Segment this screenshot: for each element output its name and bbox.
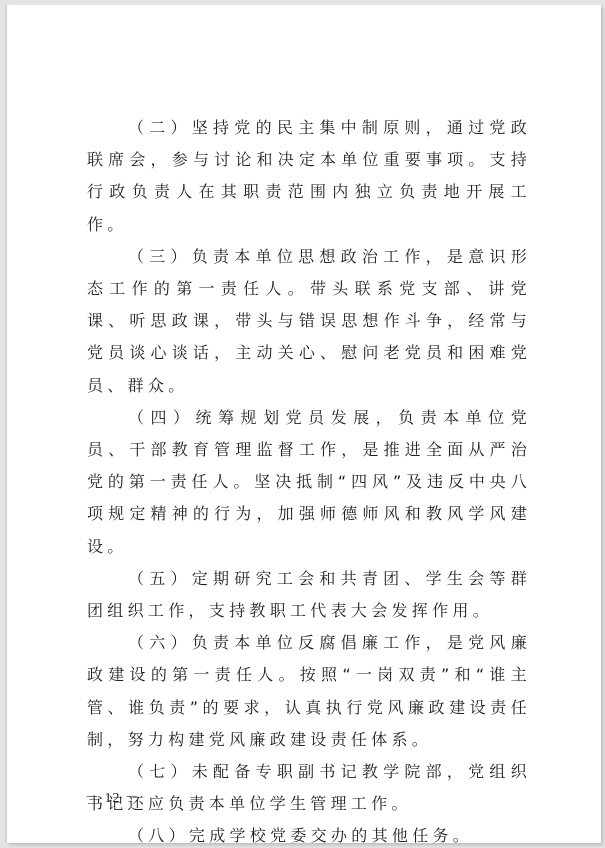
paragraph-5: （五）定期研究工会和共青团、学生会等群团组织工作，支持教职工代表大会发挥作用。 bbox=[87, 563, 531, 627]
paragraph-2: （二）坚持党的民主集中制原则，通过党政联席会，参与讨论和决定本单位重要事项。支持… bbox=[87, 112, 531, 241]
document-body: （二）坚持党的民主集中制原则，通过党政联席会，参与讨论和决定本单位重要事项。支持… bbox=[87, 112, 531, 848]
document-page: （二）坚持党的民主集中制原则，通过党政联席会，参与讨论和决定本单位重要事项。支持… bbox=[7, 5, 601, 843]
paragraph-3: （三）负责本单位思想政治工作，是意识形态工作的第一责任人。带头联系党支部、讲党课… bbox=[87, 241, 531, 402]
page-number: － 12 － bbox=[85, 787, 140, 807]
paragraph-7: （七）未配备专职副书记教学院部，党组织书记还应负责本单位学生管理工作。 bbox=[87, 756, 531, 820]
paragraph-6: （六）负责本单位反腐倡廉工作，是党风廉政建设的第一责任人。按照“一岗双责”和“谁… bbox=[87, 627, 531, 756]
paragraph-8: （八）完成学校党委交办的其他任务。 bbox=[87, 820, 531, 848]
paragraph-4: （四）统筹规划党员发展，负责本单位党员、干部教育管理监督工作，是推进全面从严治党… bbox=[87, 402, 531, 563]
